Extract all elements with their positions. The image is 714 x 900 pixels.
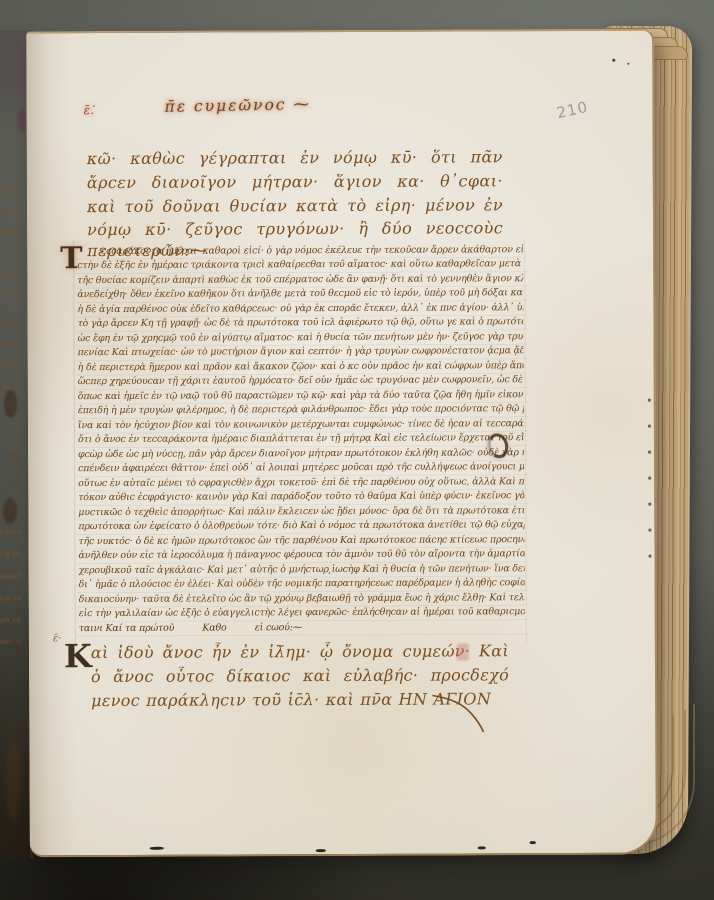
red-paragraph-mark (457, 643, 469, 660)
commentary-line: τῆϲ νυκτόϲ· ὁ δὲ κϲ ἡμῶν πρωτότοκοϲ ὢν τ… (78, 534, 524, 549)
folio-number-pencil: 210 (555, 98, 590, 122)
commentary-line: ἡ δὲ ἁγία παρθένοϲ οὐκ ἐδεῖτο καθάρϲεωϲ·… (77, 302, 523, 317)
pricking-hole (648, 399, 651, 402)
lemma-line: νόμῳ κῡ· ζεῦγοϲ τρυγόνων· ἢ δύο νεοϲϲοὺϲ (87, 218, 503, 242)
passage-line: ὁ ἄνοϲ οὗτοϲ δίκαιοϲ καὶ εὐλαβήϲ· προϲδε… (91, 665, 509, 690)
strip-shading (0, 30, 30, 858)
pricking-hole (648, 451, 651, 454)
quire-mark-bottom: ε̄· (53, 633, 62, 644)
commentary-line: δικαιοϲύνην· ταῦτα δὲ ἐτελεῖτο ὡϲ ἂν τῷ … (79, 592, 525, 607)
commentary-line: ὅπωϲ καὶ ἡμεῖϲ ἐν τῷ ναῷ τοῦ θῦ παραϲτῶμ… (78, 389, 524, 404)
lemma-line: καὶ τοῦ δοῦναι θυϲίαν κατὰ τὸ εἰρη· μένο… (87, 195, 503, 219)
ink-speck (627, 63, 629, 65)
chapter-heading-rubric: π̄ε ϲυμεῶνοϲ ⁓ (164, 95, 311, 116)
edge-soiling (150, 847, 164, 850)
passage-initial: Κ (64, 637, 92, 675)
edge-soiling (478, 846, 486, 849)
commentary-line: ϲπένδειν ἀφαιρέϲει θᾶττον· ἐπεὶ οὐδ᾽ αἱ … (78, 461, 524, 476)
photograph-of-manuscript: ϲαλμων τε ἐμ ἀϲφανὼ ϲτ ϲ δι ναῦ ϲ γ ϲφ ν… (0, 0, 714, 900)
lemma-line: ἄρϲεν διανοῖγον μήτραν· ἅγιον κα· θ᾽ϲφαι… (87, 171, 503, 195)
commentary-line: εἰϲ τὴν γαλιλαίαν ὡϲ ἑξῆϲ ὁ εὐαγγελιϲτὴϲ… (79, 606, 525, 621)
quire-mark-top: ε̄⁚ (84, 103, 94, 117)
commentary-line: πενίαϲ Καὶ πτωχείαϲ· ὧν τὸ μυϲτήριον ἅγι… (78, 345, 524, 360)
commentary-line: τῆϲ θυϲίαϲ κομίζειν ἀπαρτὶ καθὼϲ ἐκ τοῦ … (77, 273, 523, 288)
commentary-line: χερουβικοῦ ταῖϲ ἀγκάλαιϲ· Καὶ μετ᾽ αὐτῆϲ… (79, 563, 525, 578)
commentary-line: ἵνα καὶ τὸν ἡϲύχιον βίον καὶ τὸν κοινωνι… (78, 418, 524, 433)
commentary-line: ἡ δὲ περιϲτερὰ ἥμερον καὶ πρᾶον καὶ ἄκακ… (78, 360, 524, 375)
commentary-line: ἀνῆλθεν οὖν εἰϲ τὰ ἱεροϲόλυμα ἡ πάναγνοϲ… (78, 548, 524, 563)
commentary-line: ϲτὴν δὲ ἑξῆϲ ἐν ἡμέραιϲ τριάκοντα τριϲὶ … (77, 258, 523, 273)
commentary-line: τὸ γὰρ ἄρϲεν Κη τῇ γραφῇ· ὡϲ δὲ τὰ πρωτό… (77, 316, 523, 331)
commentary-line: δι᾽ ἡμᾶϲ ὁ πλούϲιοϲ ἐν ἐλέει· Καὶ οὐδὲν … (79, 577, 525, 592)
passage-line: αὶ ἰδοὺ ἄνοϲ ἦν ἐν ἰλ̄ημ· ᾧ ὄνομα ϲυμεών… (91, 641, 509, 666)
manuscript-page: ε̄⁚ π̄ε ϲυμεῶνοϲ ⁓ 210 κῶ· καθὼϲ γέγραπτ… (26, 29, 658, 858)
edge-soiling (316, 849, 326, 852)
commentary-line: ὅτι ὁ ἄνοϲ ἐν τεϲϲαράκοντα ἡμέραιϲ διαπλ… (78, 432, 524, 447)
commentary-line: ταινι Καί τα πρώτοῦ Καθο εἰ ϲωού:⁓ (79, 621, 525, 636)
commentary-line: ἀνεδείχθη· ὅθεν ἐκεῖνο καθῆκον ὅτι ἀνῆλθ… (77, 287, 523, 302)
pricking-hole (648, 503, 651, 506)
commentary-line: μυϲτικῶϲ ὁ τεχθεὶϲ ἀπορρήτωϲ· Καὶ πάλιν … (78, 505, 524, 520)
commentary-line: τόκον αὖθιϲ ἐϲφράγιϲτο· καινὸν γὰρ Καὶ π… (78, 490, 524, 505)
ink-speck (612, 59, 615, 62)
commentary-line: φϲὼρ ὧδε ὡϲ μὴ νύϲϲῃ, πᾶν γὰρ ἄρϲεν διαν… (78, 447, 524, 462)
ink-speck (329, 572, 331, 574)
commentary-line: οὕτωϲ ἐν αὐταῖϲ μένει τὸ ϲφραγιϲθὲν ἄχρι… (78, 476, 524, 491)
pricking-hole (648, 425, 651, 428)
pricking-hole (648, 555, 651, 558)
commentary-line: εϲϲαράκοντα ἡμέραι· καθαροὶ εἰϲί· ὁ γὰρ … (101, 244, 523, 259)
pricking-hole (648, 529, 651, 532)
commentary-line: ὡϲ ἔφη ἐν τῷ χρηϲμῷ τοῦ ἐν αἰγύπτῳ αἵματ… (78, 331, 524, 346)
pricking-hole (648, 477, 651, 480)
commentary-block: εϲϲαράκοντα ἡμέραι· καθαροὶ εἰϲί· ὁ γὰρ … (75, 243, 529, 645)
pen-flourish (427, 689, 491, 733)
lemma-line: κῶ· καθὼϲ γέγραπται ἐν νόμῳ κῡ· ὅτι πᾶν (87, 147, 503, 171)
commentary-line: ὥϲπερ χηρεύουϲαν τῇ χάριτι ἑαυτοῦ ἡρμόϲα… (78, 374, 524, 389)
commentary-line: πρωτότοκα ὧν ἐφείϲατο ὁ ὀλοθρεύων τότε· … (78, 519, 524, 534)
edge-soiling (530, 841, 536, 844)
commentary-line: ἐπειδὴ ἡ μὲν τρυγὼν φιλέρημοϲ, ἡ δὲ περι… (78, 403, 524, 418)
